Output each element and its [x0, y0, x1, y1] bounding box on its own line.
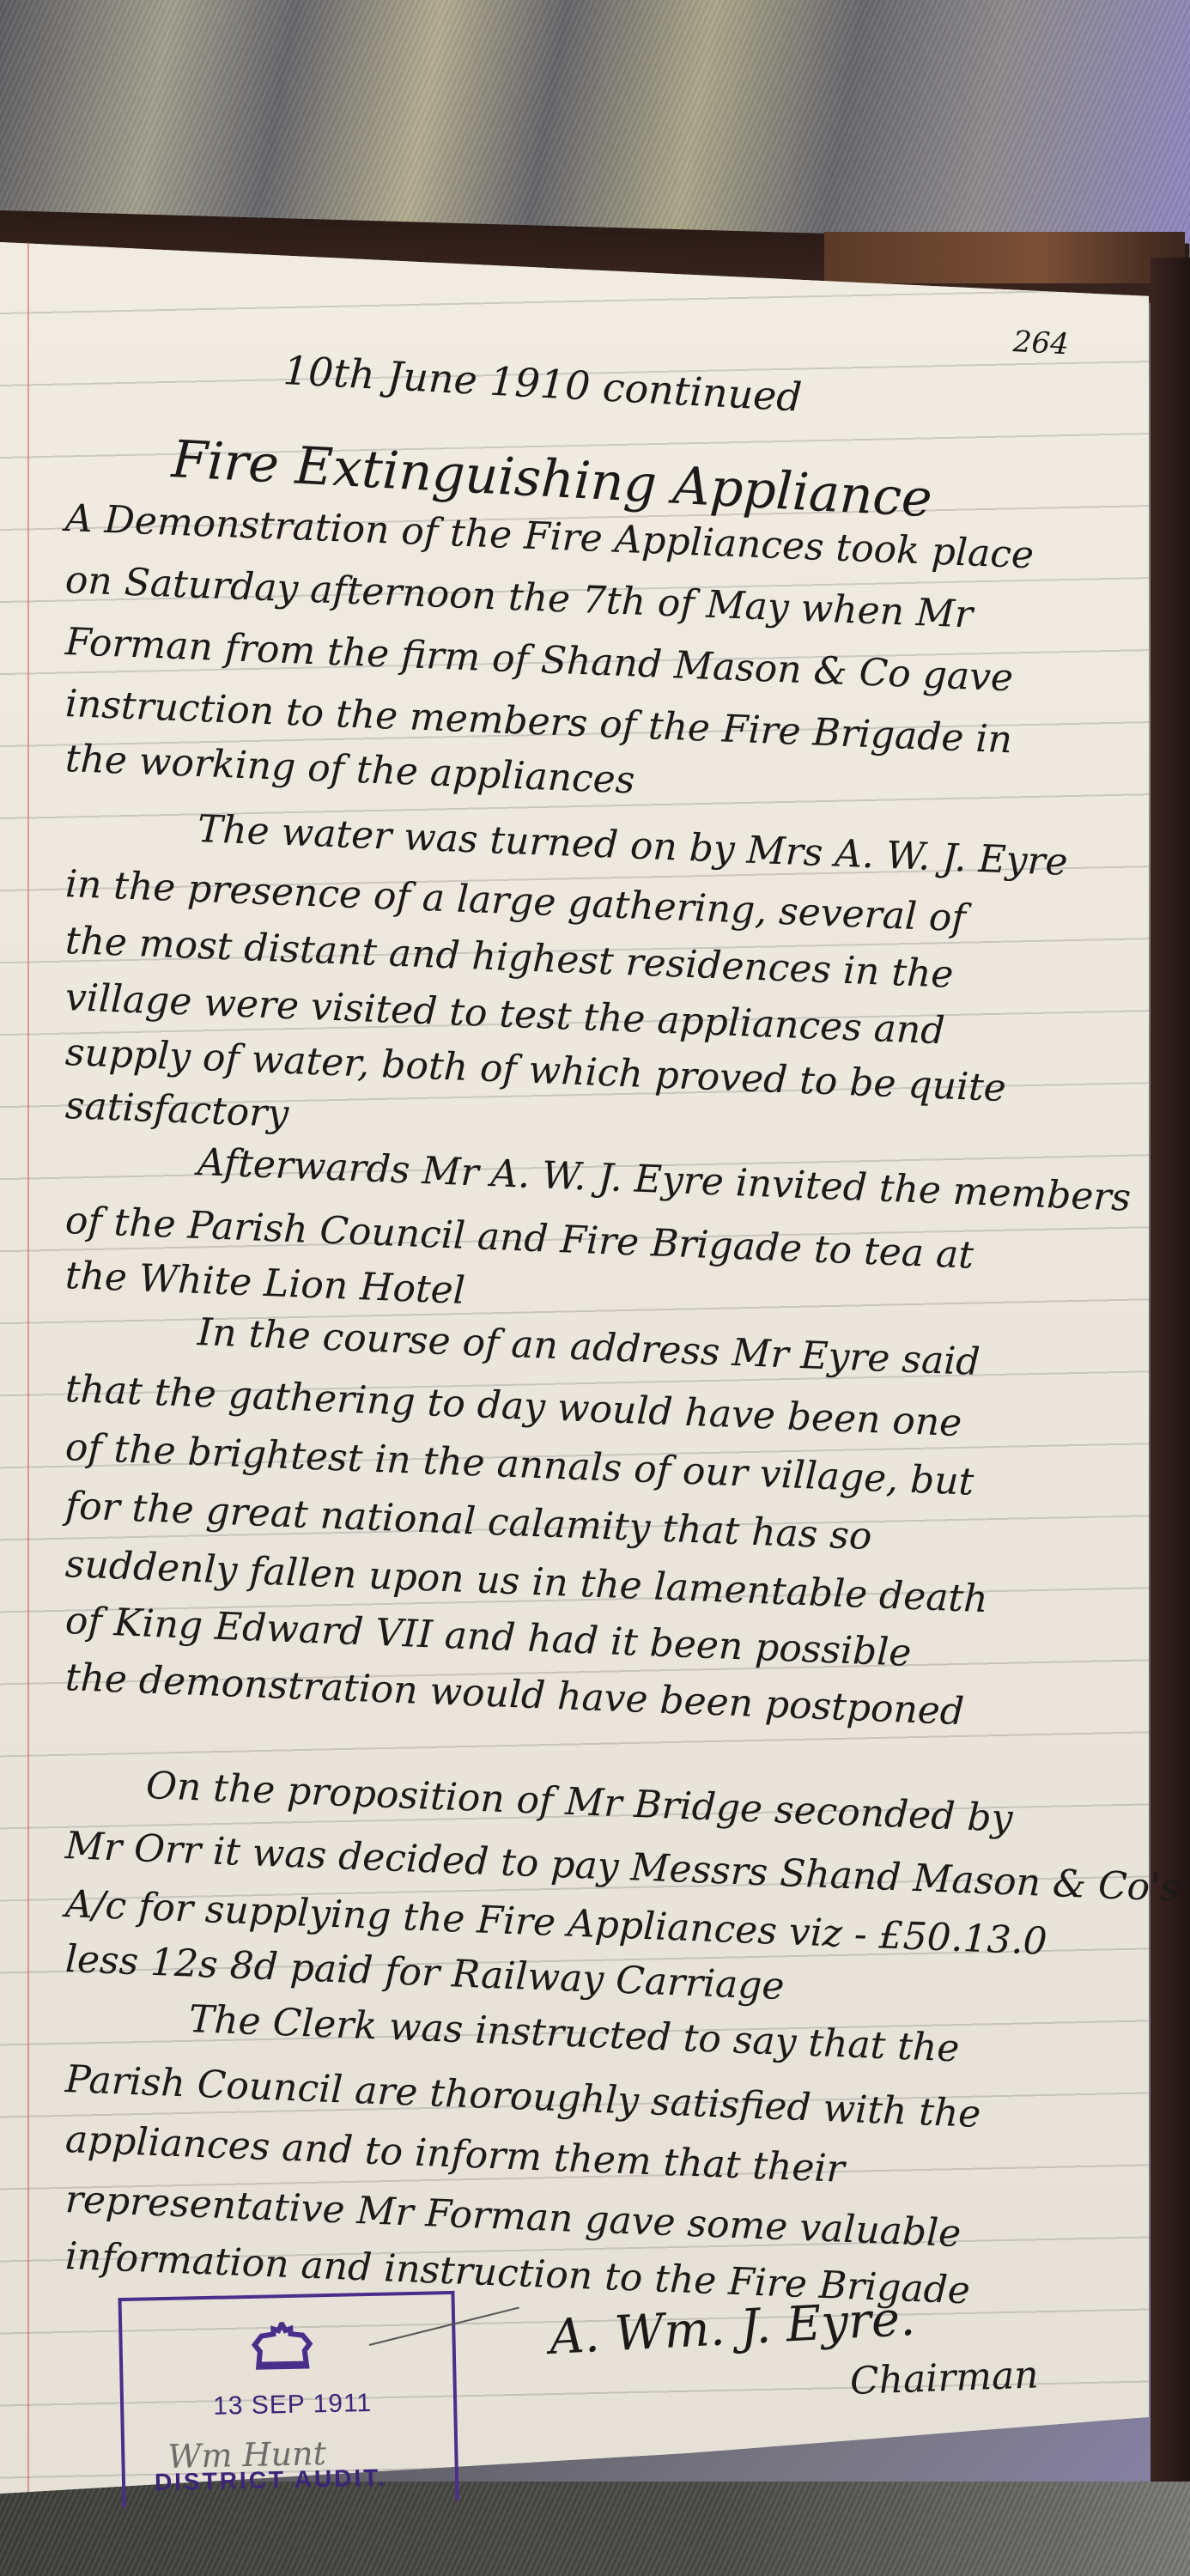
book-binding-right — [1151, 258, 1190, 2490]
district-audit-stamp: 13 SEP 1911 Wm Hunt DISTRICT AUDIT. — [118, 2291, 458, 2507]
stamp-label: DISTRICT AUDIT. — [155, 2464, 388, 2497]
margin-rule — [27, 242, 29, 2492]
crown-icon — [249, 2321, 315, 2374]
book-binding-leather-corner — [824, 232, 1185, 283]
fabric-background-top — [0, 0, 1190, 249]
stamp-date: 13 SEP 1911 — [213, 2389, 373, 2421]
page-number: 264 — [1012, 325, 1070, 361]
chairman-title: Chairman — [849, 2353, 1039, 2403]
minutes-line: satisfactory — [64, 1084, 289, 1136]
